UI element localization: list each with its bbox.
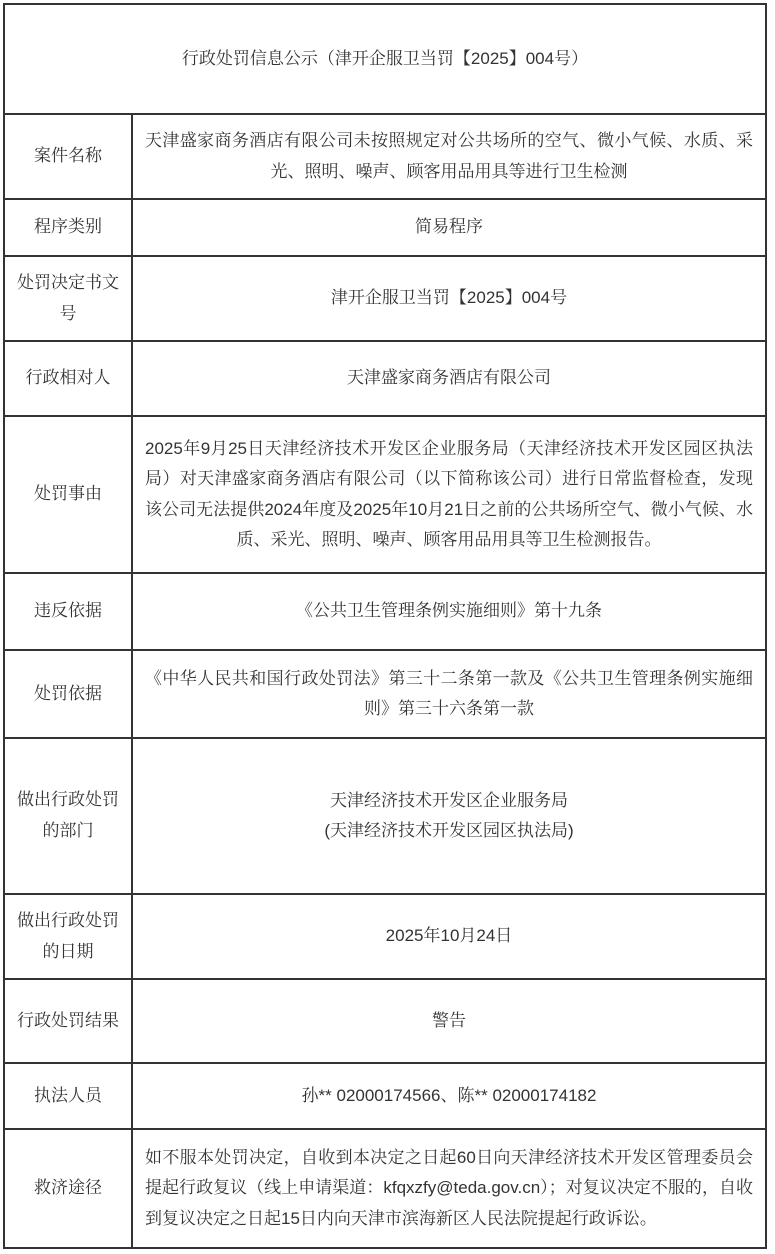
row-value-penalty-basis: 《中华人民共和国行政处罚法》第三十二条第一款及《公共卫生管理条例实施细则》第三十…: [132, 650, 766, 738]
table-row-penalty-date: 做出行政处罚的日期 2025年10月24日: [4, 894, 766, 979]
row-value-remedy-channels: 如不服本处罚决定，自收到本决定之日起60日向天津经济技术开发区管理委员会提起行政…: [132, 1129, 766, 1248]
penalty-table: 行政处罚信息公示（津开企服卫当罚【2025】004号） 案件名称 天津盛家商务酒…: [3, 3, 767, 1249]
table-row-violation-basis: 违反依据 《公共卫生管理条例实施细则》第十九条: [4, 573, 766, 650]
row-label-penalty-department: 做出行政处罚的部门: [4, 738, 132, 894]
table-row-penalty-department: 做出行政处罚的部门 天津经济技术开发区企业服务局 (天津经济技术开发区园区执法局…: [4, 738, 766, 894]
row-value-penalty-reason: 2025年9月25日天津经济技术开发区企业服务局（天津经济技术开发区园区执法局）…: [132, 416, 766, 573]
row-label-case-name: 案件名称: [4, 114, 132, 199]
row-label-penalty-basis: 处罚依据: [4, 650, 132, 738]
row-value-penalty-result: 警告: [132, 979, 766, 1063]
row-value-violation-basis: 《公共卫生管理条例实施细则》第十九条: [132, 573, 766, 650]
table-row-remedy-channels: 救济途径 如不服本处罚决定，自收到本决定之日起60日向天津经济技术开发区管理委员…: [4, 1129, 766, 1248]
table-row-procedure-type: 程序类别 简易程序: [4, 199, 766, 256]
document-title: 行政处罚信息公示（津开企服卫当罚【2025】004号）: [4, 4, 766, 114]
row-label-penalty-result: 行政处罚结果: [4, 979, 132, 1063]
row-value-case-name: 天津盛家商务酒店有限公司未按照规定对公共场所的空气、微小气候、水质、采光、照明、…: [132, 114, 766, 199]
row-label-penalty-reason: 处罚事由: [4, 416, 132, 573]
department-alias-line: (天津经济技术开发区园区执法局): [145, 816, 753, 846]
row-value-respondent: 天津盛家商务酒店有限公司: [132, 341, 766, 416]
penalty-disclosure-page: 行政处罚信息公示（津开企服卫当罚【2025】004号） 案件名称 天津盛家商务酒…: [0, 3, 775, 1254]
row-value-penalty-date: 2025年10月24日: [132, 894, 766, 979]
title-row: 行政处罚信息公示（津开企服卫当罚【2025】004号）: [4, 4, 766, 114]
table-row-enforcement-officers: 执法人员 孙** 02000174566、陈** 02000174182: [4, 1063, 766, 1129]
table-row-penalty-basis: 处罚依据 《中华人民共和国行政处罚法》第三十二条第一款及《公共卫生管理条例实施细…: [4, 650, 766, 738]
department-name-line: 天津经济技术开发区企业服务局: [145, 786, 753, 816]
table-row-case-name: 案件名称 天津盛家商务酒店有限公司未按照规定对公共场所的空气、微小气候、水质、采…: [4, 114, 766, 199]
row-label-violation-basis: 违反依据: [4, 573, 132, 650]
table-row-decision-number: 处罚决定书文号 津开企服卫当罚【2025】004号: [4, 256, 766, 341]
row-label-respondent: 行政相对人: [4, 341, 132, 416]
row-label-penalty-date: 做出行政处罚的日期: [4, 894, 132, 979]
row-label-enforcement-officers: 执法人员: [4, 1063, 132, 1129]
row-label-remedy-channels: 救济途径: [4, 1129, 132, 1248]
row-value-enforcement-officers: 孙** 02000174566、陈** 02000174182: [132, 1063, 766, 1129]
table-row-penalty-result: 行政处罚结果 警告: [4, 979, 766, 1063]
row-label-decision-number: 处罚决定书文号: [4, 256, 132, 341]
table-row-respondent: 行政相对人 天津盛家商务酒店有限公司: [4, 341, 766, 416]
row-value-decision-number: 津开企服卫当罚【2025】004号: [132, 256, 766, 341]
row-value-penalty-department: 天津经济技术开发区企业服务局 (天津经济技术开发区园区执法局): [132, 738, 766, 894]
row-label-procedure-type: 程序类别: [4, 199, 132, 256]
table-row-penalty-reason: 处罚事由 2025年9月25日天津经济技术开发区企业服务局（天津经济技术开发区园…: [4, 416, 766, 573]
row-value-procedure-type: 简易程序: [132, 199, 766, 256]
